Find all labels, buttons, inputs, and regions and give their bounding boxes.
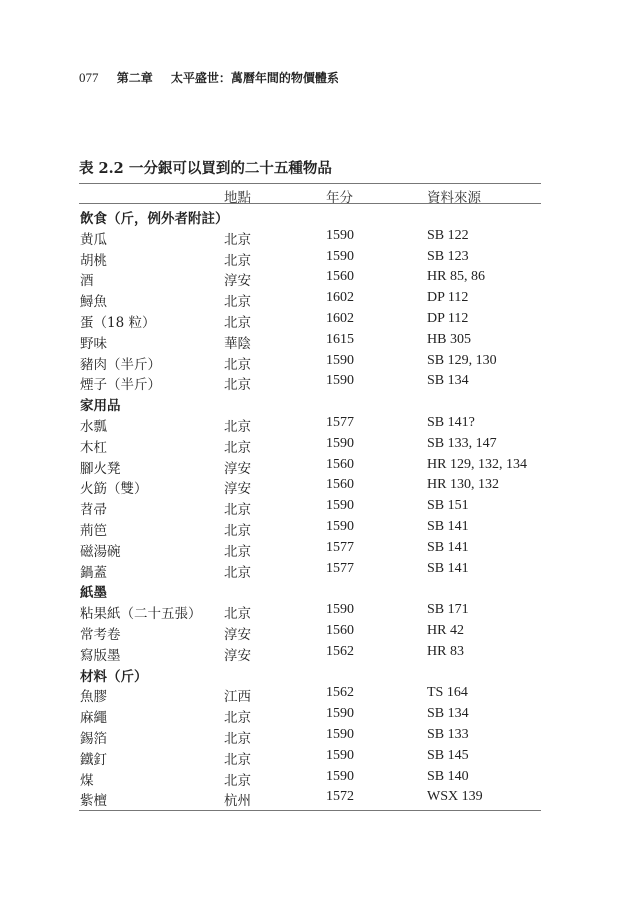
location-cell: 北京 xyxy=(224,290,251,310)
section-heading: 家用品 xyxy=(80,394,121,414)
location-cell: 北京 xyxy=(224,706,251,726)
page-number: 077 xyxy=(79,70,99,85)
year-cell: 1560 xyxy=(326,623,354,639)
item-cell: 胡桃 xyxy=(80,249,107,269)
source-cell: WSX 139 xyxy=(427,789,483,805)
item-cell: 粘果紙（二十五張） xyxy=(80,602,202,622)
section-heading: 飲食（斤，例外者附註） xyxy=(80,207,229,227)
location-cell: 北京 xyxy=(224,373,251,393)
source-cell: HB 305 xyxy=(427,332,471,348)
year-cell: 1577 xyxy=(326,415,354,431)
source-cell: SB 133, 147 xyxy=(427,436,497,452)
year-cell: 1577 xyxy=(326,540,354,556)
table-row: 鍋蓋北京1577SB 141 xyxy=(0,559,634,580)
table-row: 水瓢北京1577SB 141? xyxy=(0,413,634,434)
item-cell: 野味 xyxy=(80,332,107,352)
year-cell: 1602 xyxy=(326,290,354,306)
location-cell: 北京 xyxy=(224,228,251,248)
item-cell: 黄瓜 xyxy=(80,228,107,248)
table-row: 錫箔北京1590SB 133 xyxy=(0,725,634,746)
year-cell: 1562 xyxy=(326,685,354,701)
source-cell: SB 141 xyxy=(427,519,469,535)
location-cell: 杭州 xyxy=(224,789,251,809)
year-cell: 1615 xyxy=(326,332,354,348)
table-row: 腳火凳淳安1560HR 129, 132, 134 xyxy=(0,455,634,476)
running-head: 077 第二章 太平盛世：萬曆年間的物價體系 xyxy=(79,69,353,86)
year-cell: 1590 xyxy=(326,748,354,764)
chapter-title: 太平盛世：萬曆年間的物價體系 xyxy=(171,71,339,85)
source-cell: SB 141? xyxy=(427,415,475,431)
source-cell: HR 83 xyxy=(427,644,464,660)
item-cell: 蛋（18 粒） xyxy=(80,311,155,331)
year-cell: 1590 xyxy=(326,436,354,452)
section-heading-row: 材料（斤） xyxy=(0,663,634,684)
section-heading-row: 家用品 xyxy=(0,392,634,413)
section-heading-row: 飲食（斤，例外者附註） xyxy=(0,205,634,226)
source-cell: SB 122 xyxy=(427,228,469,244)
item-cell: 煤 xyxy=(80,769,94,789)
item-cell: 苕帚 xyxy=(80,498,107,518)
table-bottom-rule xyxy=(79,810,541,811)
table-row: 煤北京1590SB 140 xyxy=(0,767,634,788)
table-row: 胡桃北京1590SB 123 xyxy=(0,247,634,268)
item-cell: 鱘魚 xyxy=(80,290,107,310)
section-heading: 紙墨 xyxy=(80,581,107,601)
table-title: 表 2.2 一分銀可以買到的二十五種物品 xyxy=(79,157,332,178)
year-cell: 1590 xyxy=(326,373,354,389)
source-cell: SB 123 xyxy=(427,249,469,265)
table-row: 麻繩北京1590SB 134 xyxy=(0,704,634,725)
year-cell: 1590 xyxy=(326,353,354,369)
year-cell: 1590 xyxy=(326,519,354,535)
table-row: 黄瓜北京1590SB 122 xyxy=(0,226,634,247)
location-cell: 北京 xyxy=(224,540,251,560)
source-cell: SB 151 xyxy=(427,498,469,514)
item-cell: 鐵釘 xyxy=(80,748,107,768)
item-cell: 煙子（半斤） xyxy=(80,373,161,393)
source-cell: SB 129, 130 xyxy=(427,353,497,369)
item-cell: 錫箔 xyxy=(80,727,107,747)
item-cell: 麻繩 xyxy=(80,706,107,726)
location-cell: 北京 xyxy=(224,561,251,581)
year-cell: 1577 xyxy=(326,561,354,577)
location-cell: 北京 xyxy=(224,415,251,435)
location-cell: 淳安 xyxy=(224,457,251,477)
table-row: 魚膠江西1562TS 164 xyxy=(0,683,634,704)
year-cell: 1560 xyxy=(326,477,354,493)
table-row: 寫版墨淳安1562HR 83 xyxy=(0,642,634,663)
source-cell: SB 134 xyxy=(427,373,469,389)
source-cell: TS 164 xyxy=(427,685,468,701)
year-cell: 1590 xyxy=(326,706,354,722)
source-cell: DP 112 xyxy=(427,290,468,306)
location-cell: 北京 xyxy=(224,727,251,747)
location-cell: 北京 xyxy=(224,498,251,518)
item-cell: 火筯（雙） xyxy=(80,477,148,497)
table-row: 苕帚北京1590SB 151 xyxy=(0,496,634,517)
table-row: 鱘魚北京1602DP 112 xyxy=(0,288,634,309)
table-row: 紫檀杭州1572WSX 139 xyxy=(0,787,634,808)
item-cell: 鍋蓋 xyxy=(80,561,107,581)
location-cell: 北京 xyxy=(224,436,251,456)
location-cell: 北京 xyxy=(224,249,251,269)
table-row: 煙子（半斤）北京1590SB 134 xyxy=(0,371,634,392)
source-cell: SB 141 xyxy=(427,561,469,577)
item-cell: 寫版墨 xyxy=(80,644,121,664)
source-cell: HR 42 xyxy=(427,623,464,639)
item-cell: 豬肉（半斤） xyxy=(80,353,161,373)
source-cell: SB 145 xyxy=(427,748,469,764)
source-cell: SB 140 xyxy=(427,769,469,785)
item-cell: 魚膠 xyxy=(80,685,107,705)
table-row: 火筯（雙）淳安1560HR 130, 132 xyxy=(0,475,634,496)
table-body: 飲食（斤，例外者附註）黄瓜北京1590SB 122胡桃北京1590SB 123酒… xyxy=(0,205,634,808)
table-row: 木杠北京1590SB 133, 147 xyxy=(0,434,634,455)
table-row: 酒淳安1560HR 85, 86 xyxy=(0,267,634,288)
table-row: 野味華陰1615HB 305 xyxy=(0,330,634,351)
location-cell: 江西 xyxy=(224,685,251,705)
year-cell: 1590 xyxy=(326,602,354,618)
source-cell: DP 112 xyxy=(427,311,468,327)
location-cell: 北京 xyxy=(224,748,251,768)
year-cell: 1560 xyxy=(326,457,354,473)
item-cell: 腳火凳 xyxy=(80,457,121,477)
year-cell: 1572 xyxy=(326,789,354,805)
table-row: 常考卷淳安1560HR 42 xyxy=(0,621,634,642)
table-row: 粘果紙（二十五張）北京1590SB 171 xyxy=(0,600,634,621)
item-cell: 磁湯碗 xyxy=(80,540,121,560)
source-cell: HR 129, 132, 134 xyxy=(427,457,527,473)
year-cell: 1602 xyxy=(326,311,354,327)
location-cell: 華陰 xyxy=(224,332,251,352)
item-cell: 水瓢 xyxy=(80,415,107,435)
header-rule xyxy=(79,203,541,204)
section-heading: 材料（斤） xyxy=(80,665,148,685)
source-cell: SB 141 xyxy=(427,540,469,556)
table-row: 鐵釘北京1590SB 145 xyxy=(0,746,634,767)
source-cell: HR 85, 86 xyxy=(427,269,485,285)
item-cell: 常考卷 xyxy=(80,623,121,643)
location-cell: 淳安 xyxy=(224,269,251,289)
table-row: 荊笆北京1590SB 141 xyxy=(0,517,634,538)
chapter-label: 第二章 xyxy=(117,71,153,85)
location-cell: 北京 xyxy=(224,353,251,373)
year-cell: 1562 xyxy=(326,644,354,660)
year-cell: 1590 xyxy=(326,249,354,265)
source-cell: HR 130, 132 xyxy=(427,477,499,493)
table-row: 豬肉（半斤）北京1590SB 129, 130 xyxy=(0,351,634,372)
location-cell: 淳安 xyxy=(224,623,251,643)
location-cell: 北京 xyxy=(224,311,251,331)
year-cell: 1560 xyxy=(326,269,354,285)
item-cell: 荊笆 xyxy=(80,519,107,539)
table-row: 蛋（18 粒）北京1602DP 112 xyxy=(0,309,634,330)
item-cell: 紫檀 xyxy=(80,789,107,809)
source-cell: SB 171 xyxy=(427,602,469,618)
year-cell: 1590 xyxy=(326,228,354,244)
source-cell: SB 133 xyxy=(427,727,469,743)
table-top-rule xyxy=(79,183,541,184)
location-cell: 北京 xyxy=(224,602,251,622)
item-cell: 木杠 xyxy=(80,436,107,456)
source-cell: SB 134 xyxy=(427,706,469,722)
location-cell: 北京 xyxy=(224,769,251,789)
year-cell: 1590 xyxy=(326,498,354,514)
table-row: 磁湯碗北京1577SB 141 xyxy=(0,538,634,559)
year-cell: 1590 xyxy=(326,769,354,785)
section-heading-row: 紙墨 xyxy=(0,579,634,600)
location-cell: 淳安 xyxy=(224,477,251,497)
location-cell: 北京 xyxy=(224,519,251,539)
item-cell: 酒 xyxy=(80,269,94,289)
year-cell: 1590 xyxy=(326,727,354,743)
location-cell: 淳安 xyxy=(224,644,251,664)
